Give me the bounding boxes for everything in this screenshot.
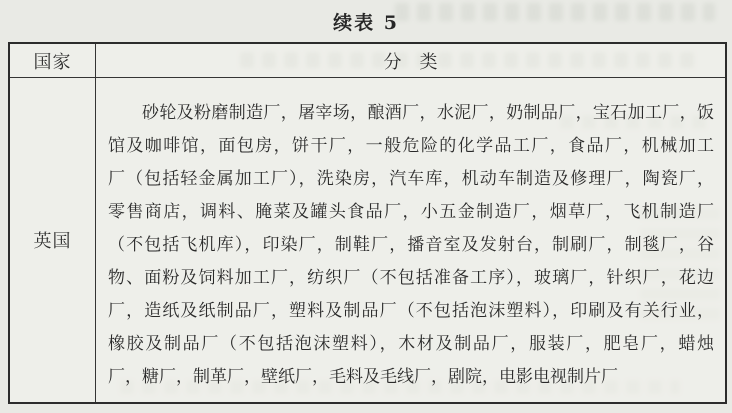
classification-line: 零售商店，调料、腌菜及罐头食品厂，小五金制造厂，烟草厂，飞机制造厂 [108,196,714,229]
classification-line: 物、面粉及饲料加工厂，纺织厂（不包括准备工序），玻璃厂，针织厂，花边 [108,262,714,295]
classification-line: 砂轮及粉磨制造厂，屠宰场，酿酒厂，水泥厂，奶制品厂，宝石加工厂，饭 [108,97,714,130]
header-country: 国家 [10,44,96,77]
classification-line: （不包括飞机库），印染厂，制鞋厂，播音室及发射台，制刷厂，制毯厂，谷 [108,229,714,262]
classification-line: 厂，糖厂，制革厂，壁纸厂，毛料及毛线厂，剧院，电影电视制片厂 [108,361,714,394]
header-classification: 分 类 [96,44,725,77]
classification-line: 厂（包括轻金属加工厂），洗染房，汽车库，机动车制造及修理厂，陶瓷厂， [108,163,714,196]
classification-line: 橡胶及制品厂（不包括泡沫塑料），木材及制品厂，服装厂，肥皂厂，蜡烛 [108,328,714,361]
classification-line: 馆及咖啡馆，面包房，饼干厂，一般危险的化学品工厂，食品厂，机械加工 [108,130,714,163]
cell-classification-text: 砂轮及粉磨制造厂，屠宰场，酿酒厂，水泥厂，奶制品厂，宝石加工厂，饭 馆及咖啡馆，… [96,78,725,402]
table-title: 续表 5 [0,8,732,35]
cell-country-uk: 英国 [10,78,96,402]
scanned-book-page: 续表 5 国家 分 类 英国 砂轮及粉磨制造厂，屠宰场，酿酒厂，水泥厂，奶制品厂… [0,0,732,413]
table-header-row: 国家 分 类 [10,44,725,78]
classification-table: 国家 分 类 英国 砂轮及粉磨制造厂，屠宰场，酿酒厂，水泥厂，奶制品厂，宝石加工… [8,42,727,404]
classification-line: 厂，造纸及纸制品厂，塑料及制品厂（不包括泡沫塑料），印刷及有关行业， [108,295,714,328]
table-data-row: 英国 砂轮及粉磨制造厂，屠宰场，酿酒厂，水泥厂，奶制品厂，宝石加工厂，饭 馆及咖… [10,78,725,402]
